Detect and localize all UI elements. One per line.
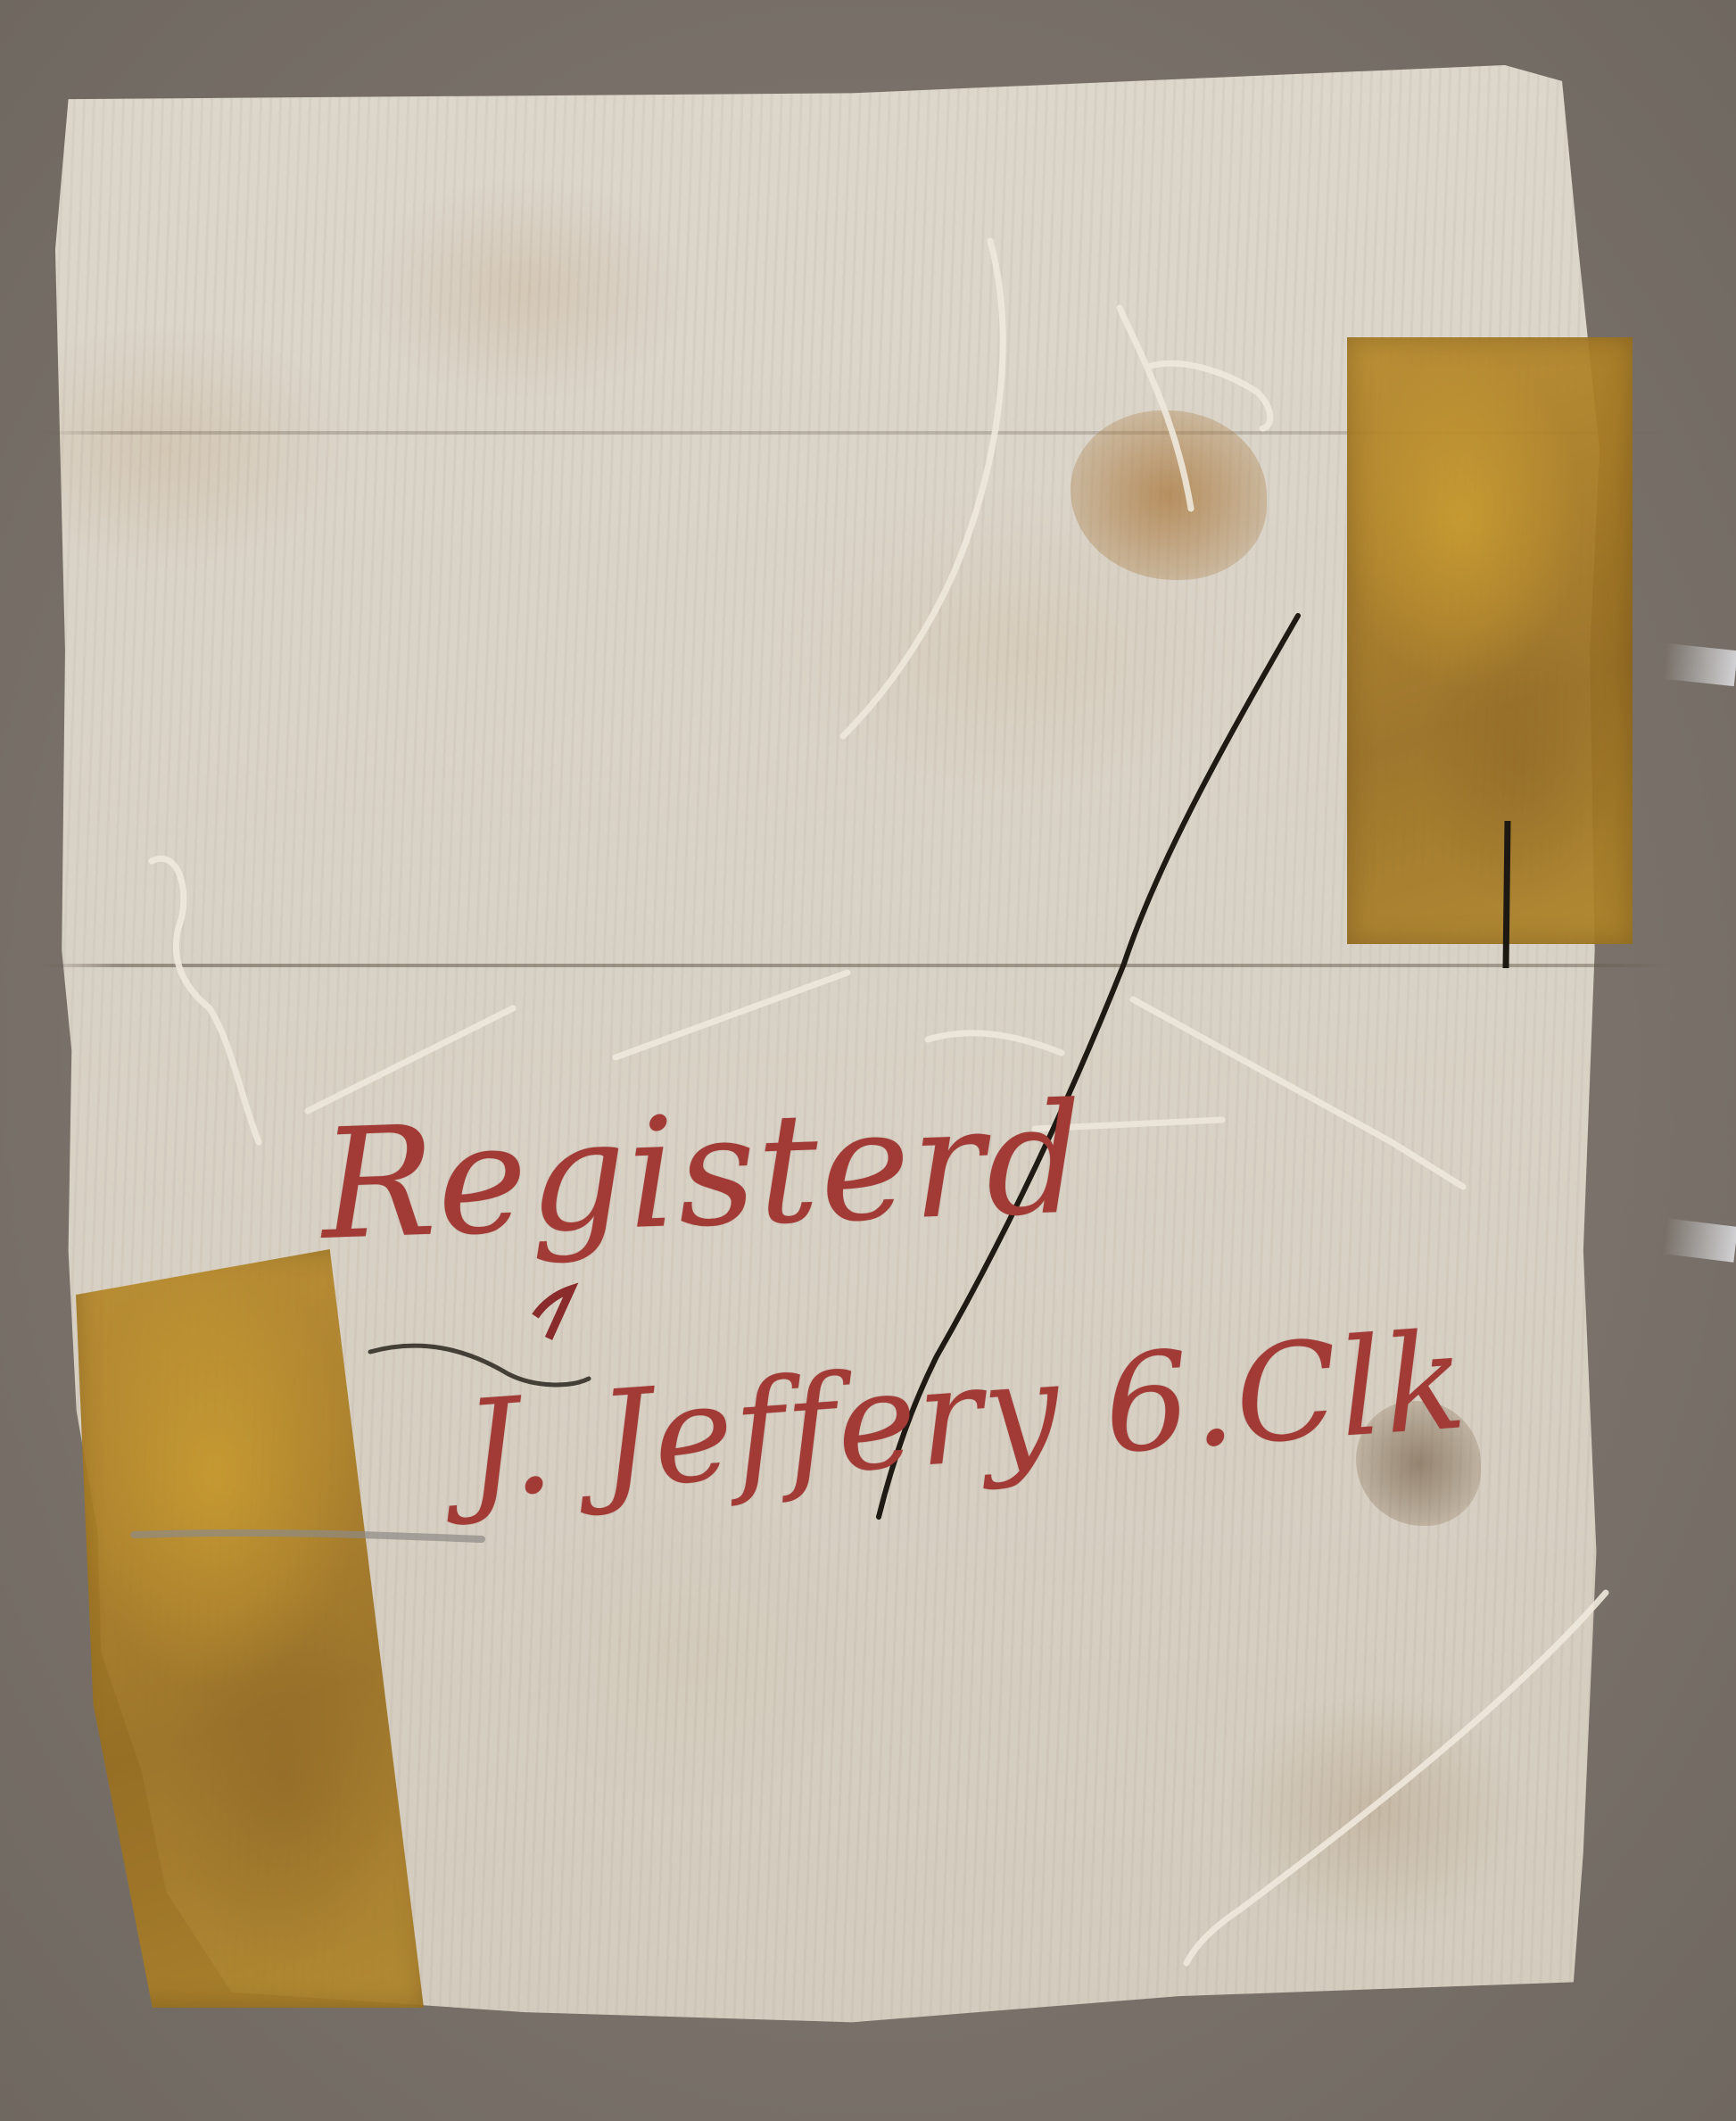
tape-strip-top-right bbox=[1347, 337, 1633, 944]
mount-glare-top bbox=[1663, 643, 1736, 686]
fold-line-middle bbox=[36, 964, 1668, 967]
inscription-registered: Registerd bbox=[318, 1071, 1087, 1274]
